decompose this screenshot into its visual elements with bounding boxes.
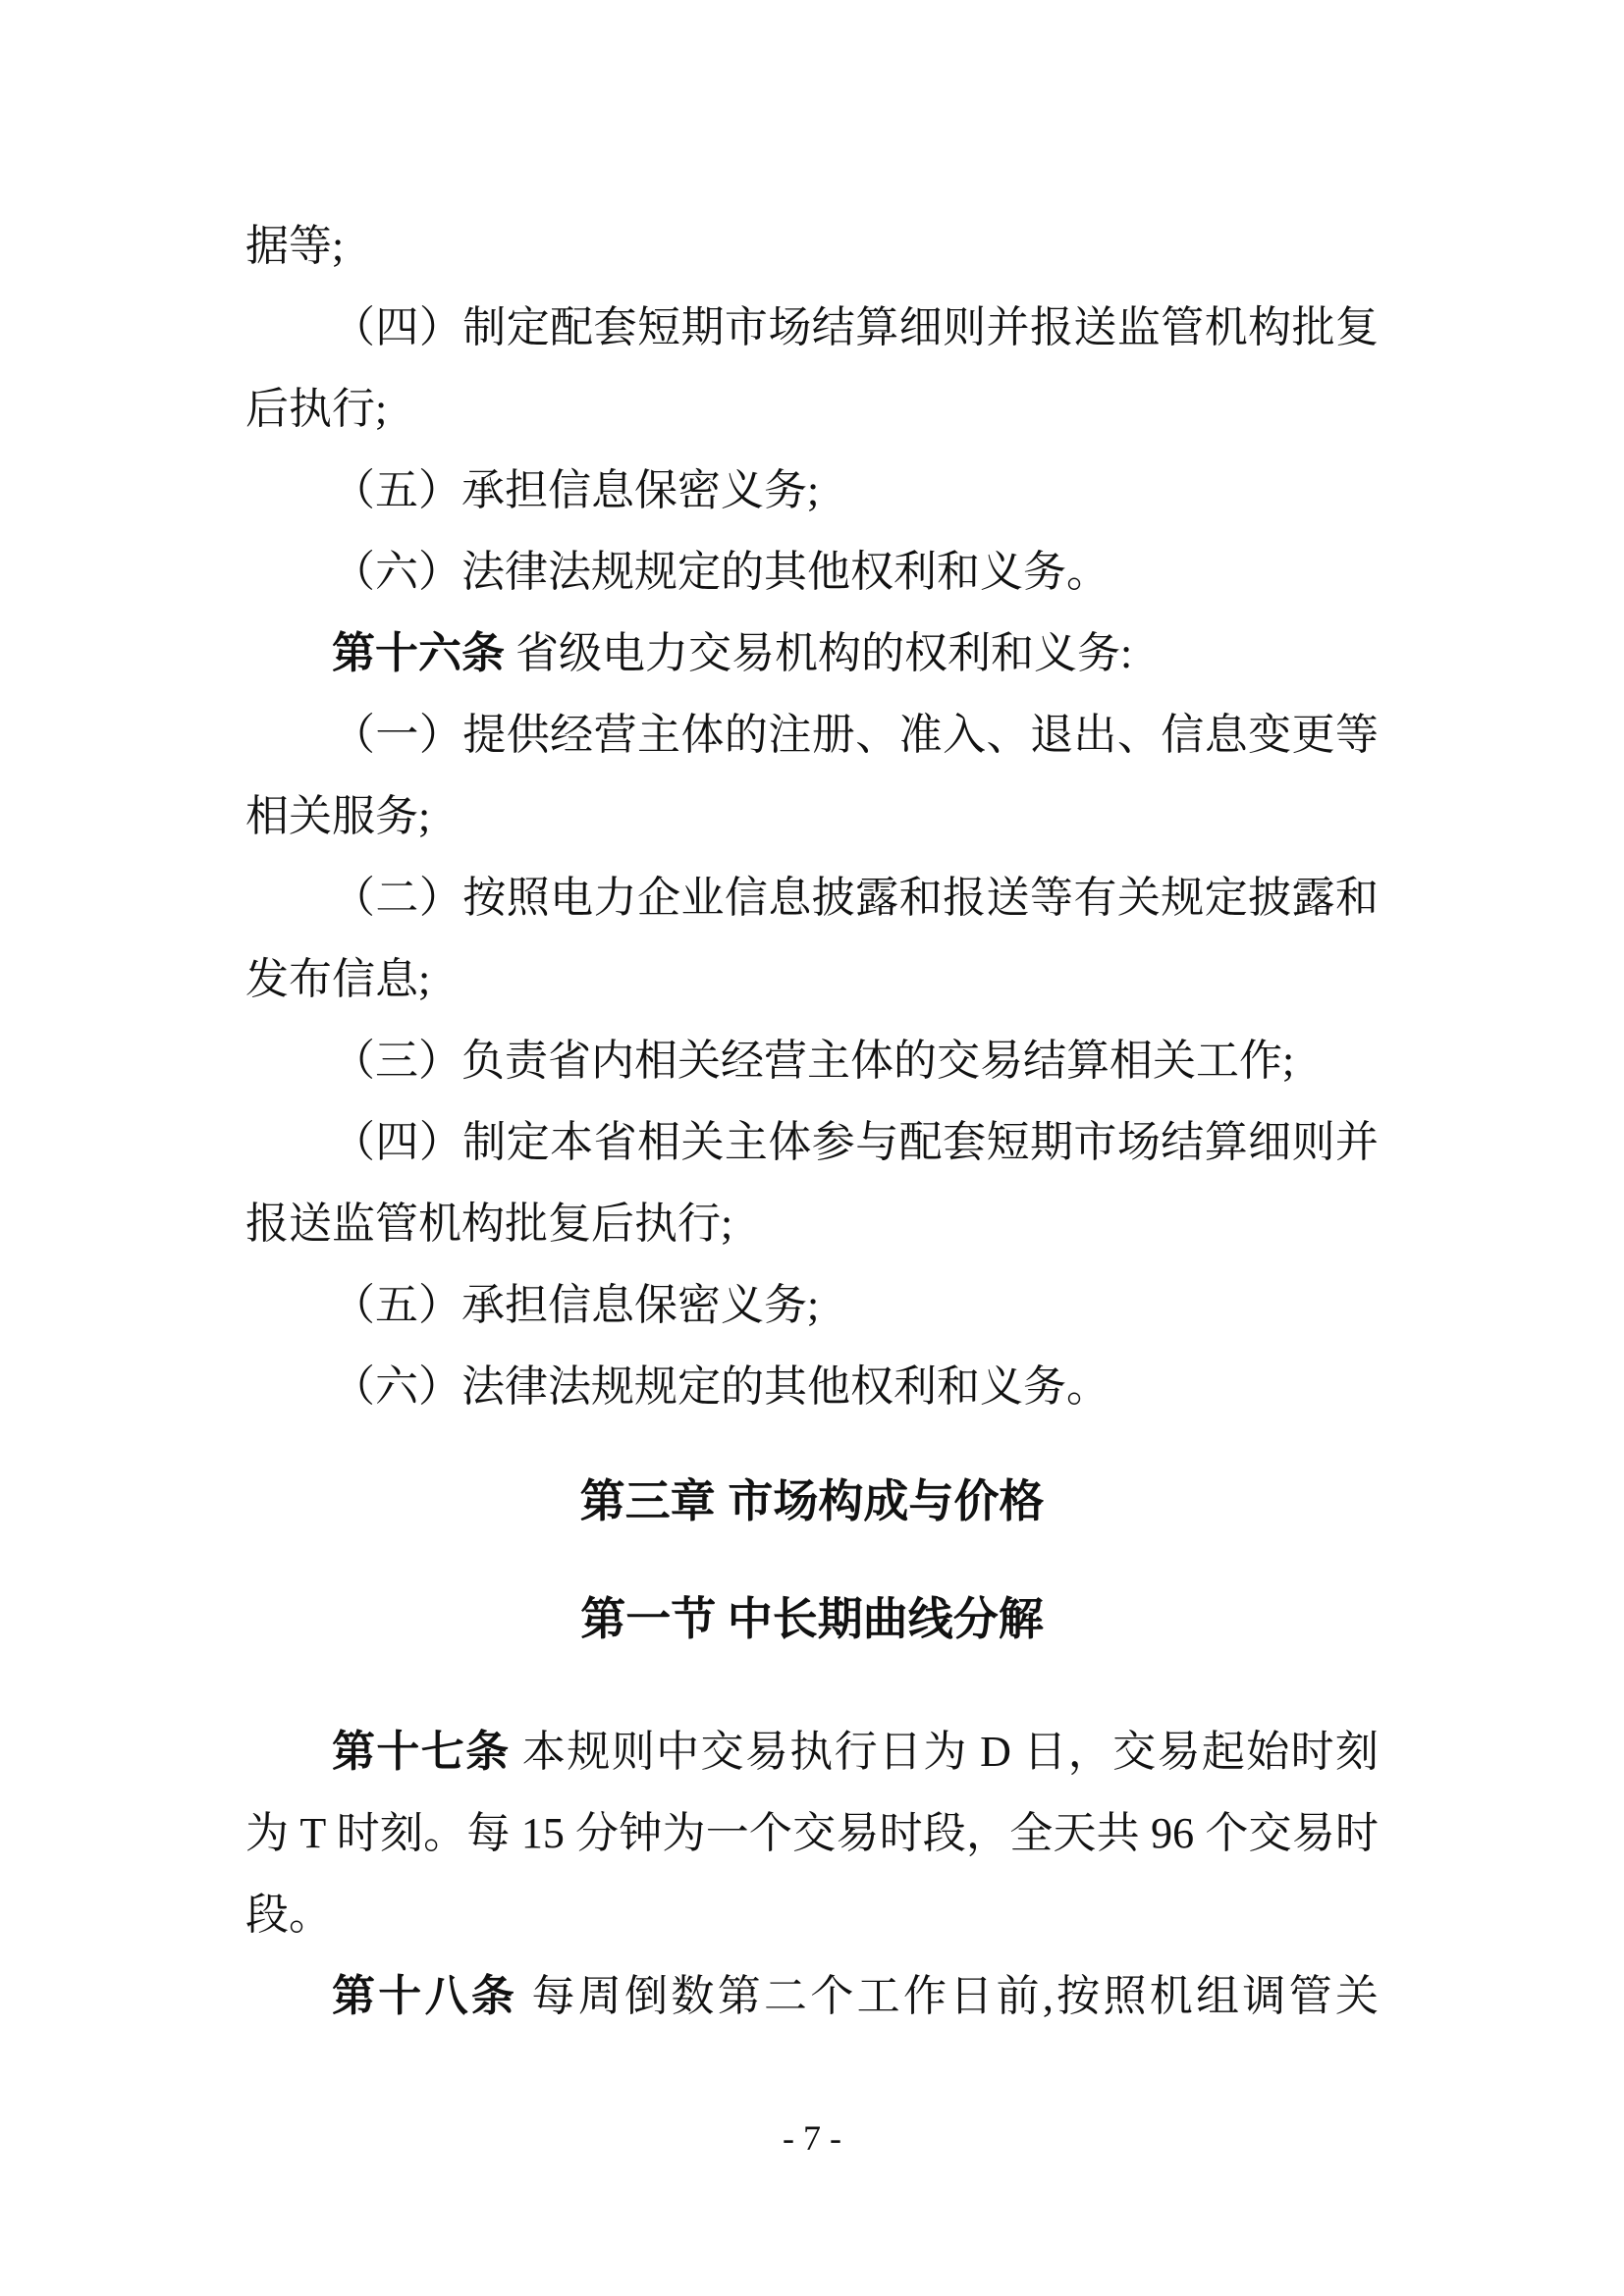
text-line: （一）提供经营主体的注册、准入、退出、信息变更等 xyxy=(245,694,1379,775)
text-line: 为 T 时刻。每 15 分钟为一个交易时段，全天共 96 个交易时 xyxy=(245,1792,1379,1874)
section-heading: 第一节 中长期曲线分解 xyxy=(245,1578,1379,1660)
article-18-text: 每周倒数第二个工作日前,按照机组调管关 xyxy=(517,1972,1379,2020)
text-line: （五）承担信息保密义务; xyxy=(245,450,1379,531)
text-line: （五）承担信息保密义务; xyxy=(245,1264,1379,1346)
article-18-line: 第十八条 每周倒数第二个工作日前,按照机组调管关 xyxy=(245,1955,1379,2037)
chapter-heading: 第三章 市场构成与价格 xyxy=(245,1461,1379,1542)
text-line: （三）负责省内相关经营主体的交易结算相关工作; xyxy=(245,1020,1379,1101)
text-line: 报送监管机构批复后执行; xyxy=(245,1183,1379,1264)
text-line: 发布信息; xyxy=(245,938,1379,1020)
text-line: （六）法律法规规定的其他权利和义务。 xyxy=(245,531,1379,613)
text-line: 后执行; xyxy=(245,368,1379,450)
article-16-line: 第十六条 省级电力交易机构的权利和义务: xyxy=(245,613,1379,694)
text-line: （四）制定本省相关主体参与配套短期市场结算细则并 xyxy=(245,1101,1379,1183)
text-line: 段。 xyxy=(245,1874,1379,1955)
article-17-text: 本规则中交易执行日为 D 日，交易起始时刻 xyxy=(511,1728,1379,1776)
article-17-line: 第十七条 本规则中交易执行日为 D 日，交易起始时刻 xyxy=(245,1711,1379,1792)
text-line: 据等; xyxy=(245,205,1379,287)
article-16-text: 省级电力交易机构的权利和义务: xyxy=(505,629,1132,677)
text-line: （四）制定配套短期市场结算细则并报送监管机构批复 xyxy=(245,287,1379,368)
article-17-label: 第十七条 xyxy=(332,1728,511,1776)
text-line: （六）法律法规规定的其他权利和义务。 xyxy=(245,1346,1379,1427)
text-line: 相关服务; xyxy=(245,775,1379,857)
page-number: - 7 - xyxy=(245,2098,1379,2179)
document-page: 据等; （四）制定配套短期市场结算细则并报送监管机构批复 后执行; （五）承担信… xyxy=(0,0,1624,2296)
article-16-label: 第十六条 xyxy=(332,629,505,677)
text-line: （二）按照电力企业信息披露和报送等有关规定披露和 xyxy=(245,857,1379,938)
article-18-label: 第十八条 xyxy=(332,1972,517,2020)
